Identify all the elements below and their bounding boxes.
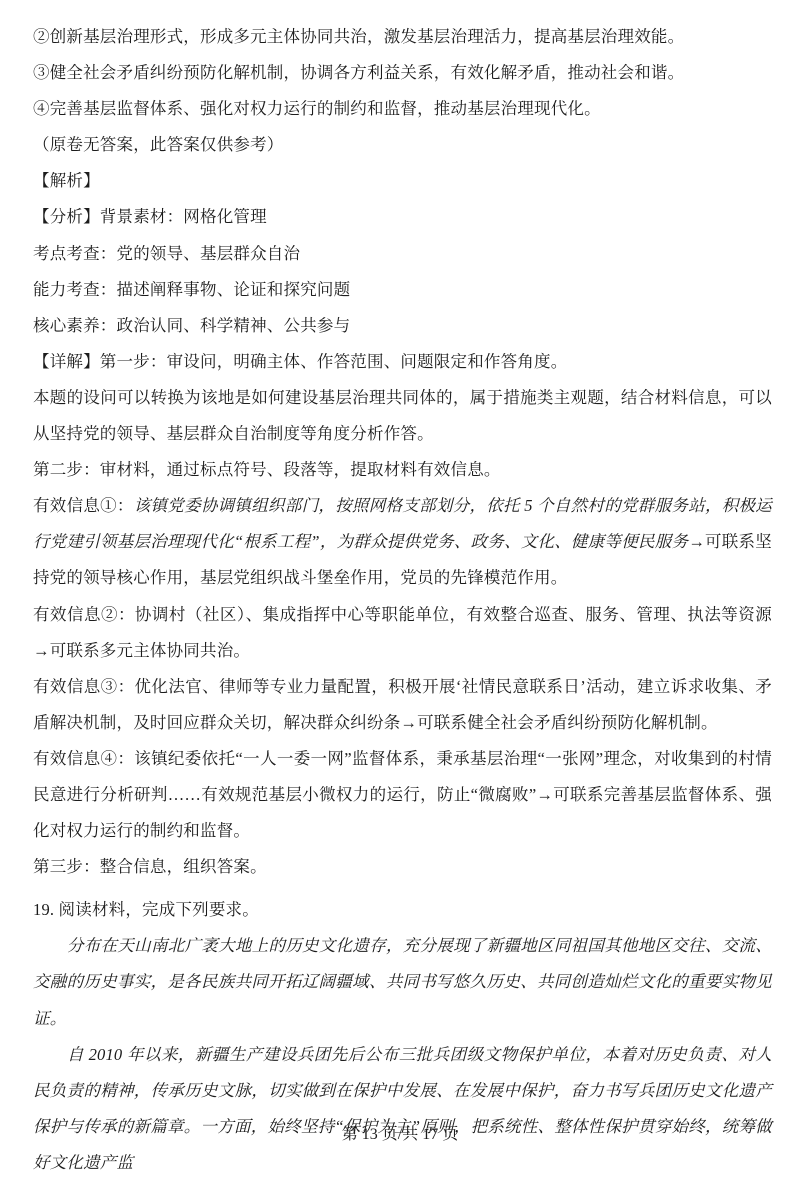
- text-segment: 能力考查：描述阐释事物、论证和探究问题: [33, 280, 350, 299]
- text-segment: 有效信息①：: [33, 496, 134, 515]
- paragraph: 【分析】背景素材：网格化管理: [33, 199, 772, 235]
- text-segment: ③健全社会矛盾纠纷预防化解机制，协调各方利益关系，有效化解矛盾，推动社会和谐。: [33, 63, 684, 82]
- paragraph: 第二步：审材料，通过标点符号、段落等，提取材料有效信息。: [33, 452, 772, 488]
- text-segment: 分布在天山南北广袤大地上的历史文化遗存，充分展现了新疆地区同祖国其他地区交往、交…: [33, 936, 772, 1027]
- text-segment: 【解析】: [33, 171, 100, 190]
- text-segment: 有效信息③：优化法官、律师等专业力量配置，积极开展‘社情民意联系日’活动，建立诉…: [33, 677, 772, 732]
- paragraph: 【解析】: [33, 163, 772, 199]
- paragraph: 能力考查：描述阐释事物、论证和探究问题: [33, 272, 772, 308]
- text-segment: 该镇党委协调镇组织部门，按照网格支部划分，依托 5 个自然村的党群服务站，积极运…: [33, 496, 772, 551]
- text-segment: 19. 阅读材料，完成下列要求。: [33, 900, 259, 919]
- text-segment: 第三步：整合信息，组织答案。: [33, 857, 267, 876]
- paragraph: 本题的设问可以转换为该地是如何建设基层治理共同体的，属于措施类主观题，结合材料信…: [33, 380, 772, 452]
- paragraph: ④完善基层监督体系、强化对权力运行的制约和监督，推动基层治理现代化。: [33, 91, 772, 127]
- text-segment: 有效信息④：该镇纪委依托“一人一委一网”监督体系，秉承基层治理“一张网”理念，对…: [33, 749, 772, 840]
- text-segment: ④完善基层监督体系、强化对权力运行的制约和监督，推动基层治理现代化。: [33, 99, 601, 118]
- paragraph: 分布在天山南北广袤大地上的历史文化遗存，充分展现了新疆地区同祖国其他地区交往、交…: [33, 928, 772, 1036]
- paragraph: 有效信息②：协调村（社区）、集成指挥中心等职能单位，有效整合巡查、服务、管理、执…: [33, 597, 772, 669]
- paragraph: （原卷无答案，此答案仅供参考）: [33, 127, 772, 163]
- text-segment: ②创新基层治理形式，形成多元主体协同共治，激发基层治理活力，提高基层治理效能。: [33, 27, 684, 46]
- text-segment: （原卷无答案，此答案仅供参考）: [33, 135, 284, 154]
- text-segment: 本题的设问可以转换为该地是如何建设基层治理共同体的，属于措施类主观题，结合材料信…: [33, 388, 772, 443]
- paragraph: 有效信息①：该镇党委协调镇组织部门，按照网格支部划分，依托 5 个自然村的党群服…: [33, 488, 772, 596]
- paragraph: 自 2010 年以来，新疆生产建设兵团先后公布三批兵团级文物保护单位，本着对历史…: [33, 1037, 772, 1181]
- text-segment: 【详解】第一步：审设问，明确主体、作答范围、问题限定和作答角度。: [33, 352, 567, 371]
- page-number: 第 13 页/共 17 页: [0, 1121, 800, 1144]
- text-segment: 有效信息②：协调村（社区）、集成指挥中心等职能单位，有效整合巡查、服务、管理、执…: [33, 605, 772, 660]
- paragraph: 有效信息③：优化法官、律师等专业力量配置，积极开展‘社情民意联系日’活动，建立诉…: [33, 669, 772, 741]
- text-segment: 考点考查：党的领导、基层群众自治: [33, 244, 300, 263]
- paragraph: 19. 阅读材料，完成下列要求。: [33, 892, 772, 928]
- paragraph: ②创新基层治理形式，形成多元主体协同共治，激发基层治理活力，提高基层治理效能。: [33, 19, 772, 55]
- text-segment: 自 2010 年以来，新疆生产建设兵团先后公布三批兵团级文物保护单位，本着对历史…: [33, 1045, 772, 1172]
- paragraph: 第三步：整合信息，组织答案。: [33, 849, 772, 885]
- paragraph: 考点考查：党的领导、基层群众自治: [33, 236, 772, 272]
- document-body: ②创新基层治理形式，形成多元主体协同共治，激发基层治理活力，提高基层治理效能。③…: [33, 19, 772, 1181]
- paragraph: ③健全社会矛盾纠纷预防化解机制，协调各方利益关系，有效化解矛盾，推动社会和谐。: [33, 55, 772, 91]
- document-page: ②创新基层治理形式，形成多元主体协同共治，激发基层治理活力，提高基层治理效能。③…: [0, 0, 800, 1190]
- text-segment: 核心素养：政治认同、科学精神、公共参与: [33, 316, 350, 335]
- text-segment: 【分析】背景素材：网格化管理: [33, 207, 267, 226]
- paragraph: 有效信息④：该镇纪委依托“一人一委一网”监督体系，秉承基层治理“一张网”理念，对…: [33, 741, 772, 849]
- paragraph: 核心素养：政治认同、科学精神、公共参与: [33, 308, 772, 344]
- paragraph: 【详解】第一步：审设问，明确主体、作答范围、问题限定和作答角度。: [33, 344, 772, 380]
- text-segment: 第二步：审材料，通过标点符号、段落等，提取材料有效信息。: [33, 460, 501, 479]
